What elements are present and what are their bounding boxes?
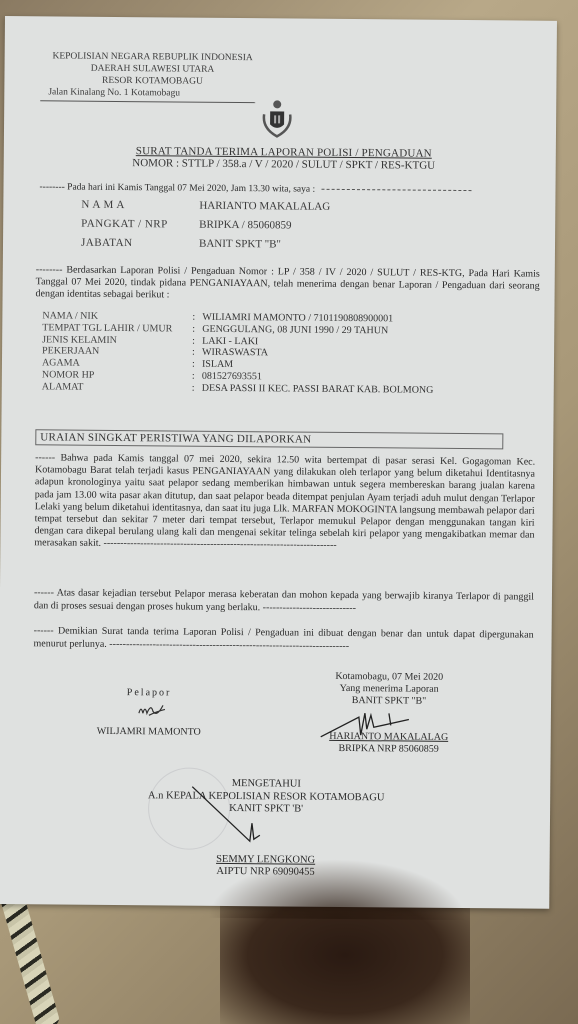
officer-row: JABATAN BANIT SPKT "B"	[81, 233, 330, 254]
separator: :	[192, 312, 202, 324]
request-paragraph: ------ Atas dasar kejadian tersebut Pela…	[34, 587, 534, 616]
separator: :	[192, 335, 202, 347]
letterhead-divider	[40, 100, 255, 103]
separator: :	[192, 371, 202, 383]
title-number: NOMOR : STTLP / 358.a / V / 2020 / SULUT…	[104, 157, 464, 172]
separator: :	[192, 323, 202, 335]
letterhead-address: Jalan Kinalang No. 1 Kotamobagu	[42, 86, 262, 100]
background-cord	[0, 889, 61, 1024]
letterhead-line-1: KEPOLISIAN NEGARA REBUPLIK INDONESIA	[43, 50, 263, 64]
identity-value: ISLAM	[202, 359, 233, 371]
receiver-rank: BRIPKA NRP 85060859	[299, 743, 479, 757]
document-title: SURAT TANDA TERIMA LAPORAN POLISI / PENG…	[104, 145, 464, 172]
identity-value: LAKI - LAKI	[202, 335, 258, 347]
separator: :	[192, 347, 202, 359]
intro-text: -------- Pada hari ini Kamis Tanggal 07 …	[39, 182, 315, 194]
separator: :	[192, 359, 202, 371]
reporter-identity: NAMA / NIK:WILIAMRI MAMONTO / 7101190808…	[42, 310, 434, 396]
officer-label: PANGKAT / NRP	[81, 217, 193, 230]
incident-description: ------ Bahwa pada Kamis tanggal 07 mei 2…	[34, 452, 535, 554]
reporter-name: WILJAMRI MAMONTO	[69, 726, 229, 738]
officer-value: HARIANTO MAKALALAG	[193, 199, 330, 212]
officer-label: JABATAN	[81, 236, 193, 249]
receiver-signature-icon	[319, 703, 419, 744]
letterhead: KEPOLISIAN NEGARA REBUPLIK INDONESIA DAE…	[42, 50, 262, 100]
document-page: KEPOLISIAN NEGARA REBUPLIK INDONESIA DAE…	[0, 16, 557, 909]
reporter-signature-icon	[137, 701, 167, 719]
section-title-box: URAIAN SINGKAT PERISTIWA YANG DILAPORKAN	[35, 429, 503, 449]
identity-label: ALAMAT	[42, 381, 192, 394]
officer-value: BRIPKA / 85060859	[193, 218, 291, 231]
dash-filler	[321, 189, 471, 191]
closing-paragraph: ------ Demikian Surat tanda terima Lapor…	[33, 625, 533, 654]
officer-label: N A M A	[81, 198, 193, 211]
officer-identity: N A M A HARIANTO MAKALALAG PANGKAT / NRP…	[81, 195, 330, 254]
officer-row: N A M A HARIANTO MAKALALAG	[81, 195, 330, 216]
identity-value: 081527693551	[202, 371, 262, 383]
officer-row: PANGKAT / NRP BRIPKA / 85060859	[81, 214, 330, 235]
hand-shadow	[207, 858, 468, 920]
officer-value: BANIT SPKT "B"	[193, 237, 281, 250]
identity-row: ALAMAT:DESA PASSI II KEC. PASSI BARAT KA…	[42, 381, 434, 396]
identity-value: DESA PASSI II KEC. PASSI BARAT KAB. BOLM…	[202, 383, 434, 397]
ack-signature-icon	[188, 783, 269, 854]
report-basis-paragraph: -------- Berdasarkan Laporan Polisi / Pe…	[36, 264, 540, 304]
identity-value: WIRASWASTA	[202, 347, 268, 359]
reporter-role: Pelapor	[69, 687, 229, 699]
separator: :	[192, 382, 202, 394]
police-emblem-icon	[260, 98, 294, 138]
